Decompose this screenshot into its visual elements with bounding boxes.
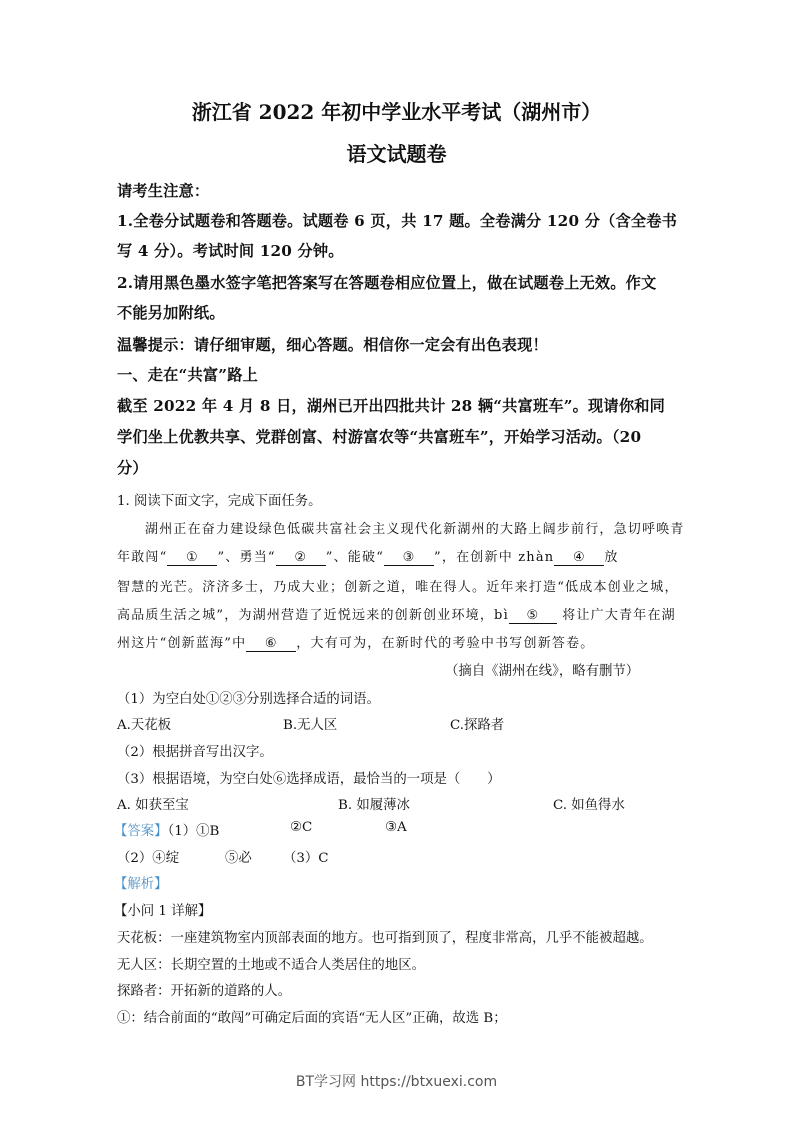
passage-line2: 年敢闯“①”、勇当“②”、能破“③”，在创新中 zhàn④放 [117, 546, 619, 566]
blank-4: ④ [554, 551, 604, 566]
passage-text: ”，在创新中 zhàn [434, 550, 554, 565]
section1-intro-line1: 截至 2022 年 4 月 8 日，湖州已开出四批共计 28 辆“共富班车”。现… [117, 395, 665, 416]
section1-intro-line2: 学们坐上优教共享、党群创富、村游富农等“共富班车”，开始学习活动。（20 [117, 426, 641, 447]
passage-text: 州这片“创新蓝海”中 [117, 636, 246, 651]
analysis-line: 天花板：一座建筑物室内顶部表面的地方。也可指到顶了，程度非常高，几乎不能被超越。 [117, 927, 653, 946]
sub3-option-a: A. 如获至宝 [117, 794, 189, 813]
analysis-line: 无人区：长期空置的土地或不适合人类居住的地区。 [117, 954, 425, 973]
exam-page: 浙江省 2022 年初中学业水平考试（湖州市） 语文试题卷 请考生注意： 1.全… [0, 0, 793, 1122]
passage-text: ，大有可为，在新时代的考验中书写创新答卷。 [296, 636, 594, 651]
sub1-option-b: B.无人区 [283, 714, 337, 733]
passage-source: （摘自《湖州在线》，略有删节） [445, 660, 639, 679]
passage-text: 放 [604, 550, 618, 565]
answer-item: ⑤必 [225, 847, 252, 866]
notice-item1-line1: 1.全卷分试题卷和答题卷。试题卷 6 页，共 17 题。全卷满分 120 分（含… [117, 210, 677, 231]
analysis-label: 【解析】 [114, 873, 168, 892]
blank-5: ⑤ [509, 609, 557, 624]
answer-item: （1）①B [168, 824, 220, 839]
blank-1: ① [167, 551, 217, 566]
analysis-line: ①：结合前面的“敢闯”可确定后面的宾语“无人区”正确，故选 B； [117, 1007, 507, 1026]
warm-tip: 温馨提示：请仔细审题，细心答题。相信你一定会有出色表现！ [117, 334, 548, 355]
analysis-subheading: 【小问 1 详解】 [114, 900, 211, 919]
sub3-option-b: B. 如履薄冰 [338, 794, 410, 813]
sub1-option-a: A.天花板 [117, 714, 171, 733]
passage-text: 将让广大青年在湖 [562, 608, 676, 623]
passage-line3: 智慧的光芒。济济多士，乃成大业；创新之道，唯在得人。近年来打造“低成本创业之城， [117, 576, 679, 595]
sub-question-2: （2）根据拼音写出汉字。 [117, 741, 273, 760]
section1-intro-line3: 分） [117, 457, 148, 478]
sub-question-1: （1）为空白处①②③分别选择合适的词语。 [117, 688, 380, 707]
exam-title: 浙江省 2022 年初中学业水平考试（湖州市） [0, 96, 793, 125]
blank-3: ③ [384, 551, 434, 566]
passage-text: ”、勇当“ [217, 550, 275, 565]
answer-item: ③A [385, 820, 407, 835]
passage-line5: 州这片“创新蓝海”中⑥，大有可为，在新时代的考验中书写创新答卷。 [117, 632, 595, 652]
passage-line1: 湖州正在奋力建设绿色低碳共富社会主义现代化新湖州的大路上阔步前行，急切呼唤青 [145, 518, 685, 537]
footer-watermark: BT学习网 https://btxuexi.com [0, 1071, 793, 1091]
answer-item: （2）④绽 [117, 847, 179, 866]
sub1-option-c: C.探路者 [450, 714, 504, 733]
question1-prompt: 1. 阅读下面文字，完成下面任务。 [117, 490, 322, 509]
answer-label: 【答案】 [114, 824, 168, 839]
sub3-option-c: C. 如鱼得水 [553, 794, 625, 813]
notice-item1-line2: 写 4 分）。考试时间 120 分钟。 [117, 240, 344, 261]
answer-item: ②C [290, 820, 312, 835]
notice-item2-line2: 不能另加附纸。 [117, 302, 225, 323]
blank-6: ⑥ [246, 637, 296, 652]
sub-question-3: （3）根据语境，为空白处⑥选择成语，最恰当的一项是（ ） [117, 768, 500, 787]
exam-subtitle: 语文试题卷 [0, 138, 793, 167]
section1-heading: 一、走在“共富”路上 [117, 364, 258, 385]
passage-line4: 高品质生活之城”，为湖州营造了近悦远来的创新创业环境，bì⑤ 将让广大青年在湖 [117, 604, 676, 624]
analysis-line: 探路者：开拓新的道路的人。 [117, 980, 291, 999]
answer-item: （3）C [283, 847, 329, 866]
answer-line1: 【答案】（1）①B [114, 820, 219, 839]
passage-text: 年敢闯“ [117, 550, 167, 565]
passage-text: 高品质生活之城”，为湖州营造了近悦远来的创新创业环境，bì [117, 608, 509, 623]
passage-text: ”、能破“ [326, 550, 384, 565]
blank-2: ② [276, 551, 326, 566]
notice-item2-line1: 2.请用黑色墨水签字笔把答案写在答题卷相应位置上，做在试题卷上无效。作文 [117, 272, 656, 293]
notice-heading: 请考生注意： [117, 180, 209, 201]
